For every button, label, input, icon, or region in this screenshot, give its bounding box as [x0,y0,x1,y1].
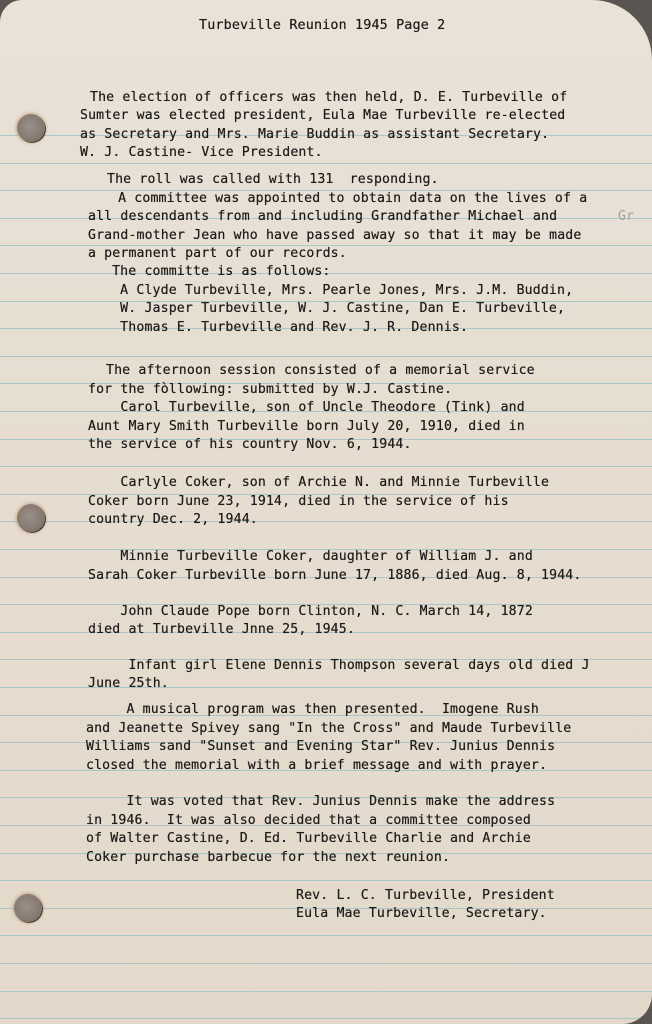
paragraph-roll-line-2: A committee was appointed to obtain data… [110,190,587,209]
punch-hole-bottom [14,894,42,922]
ruled-line [0,163,652,164]
punch-hole-middle [17,504,45,532]
paragraph-memorial-line-1: The afternoon session consisted of a mem… [106,362,535,381]
typed-document-page: Turbeville Reunion 1945 Page 2 The elect… [0,0,652,1024]
memorial-john-line-2: died at Turbeville Jnne 25, 1945. [88,621,355,640]
paragraph-roll-faint-text: Gr [618,208,634,227]
paragraph-election-line-2: Sumter was elected president, Eula Mae T… [80,107,565,126]
paragraph-roll-line-6: The committe is as follows: [104,263,331,282]
paragraph-election-line-1: The election of officers was then held, … [90,89,567,108]
ruled-line [0,963,652,964]
ruled-line [0,356,652,357]
memorial-carlyle-line-3: country Dec. 2, 1944. [88,511,258,530]
paragraph-voted-line-3: of Walter Castine, D. Ed. Turbeville Cha… [86,830,531,849]
paragraph-roll-line-5: a permanent part of our records. [88,245,347,264]
paragraph-musical-line-3: Williams sand "Sunset and Evening Star" … [86,738,555,757]
paragraph-election-line-4: W. J. Castine- Vice President. [80,144,323,163]
memorial-minnie-line-1: Minnie Turbeville Coker, daughter of Wil… [88,548,533,567]
paragraph-roll-line-3: all descendants from and including Grand… [88,208,557,227]
paragraph-voted-line-2: in 1946. It was also decided that a comm… [86,812,531,831]
paragraph-musical-line-2: and Jeanette Spivey sang "In the Cross" … [86,720,571,739]
memorial-john-line-1: John Claude Pope born Clinton, N. C. Mar… [88,603,533,622]
memorial-carlyle-line-1: Carlyle Coker, son of Archie N. and Minn… [88,474,549,493]
memorial-carol-line-2: Aunt Mary Smith Turbeville born July 20,… [88,418,525,437]
paragraph-election-line-3: as Secretary and Mrs. Marie Buddin as as… [80,126,549,145]
memorial-minnie-line-2: Sarah Coker Turbeville born June 17, 188… [88,567,581,586]
paragraph-roll-line-1: The roll was called with 131 responding. [107,171,439,190]
committee-members-line-3: Thomas E. Turbeville and Rev. J. R. Denn… [104,319,468,338]
committee-members-line-2: W. Jasper Turbeville, W. J. Castine, Dan… [104,300,565,319]
ruled-line [0,1018,652,1019]
ruled-line [0,466,652,467]
signature-president: Rev. L. C. Turbeville, President [296,887,555,906]
ruled-line [0,991,652,992]
paragraph-musical-line-1: A musical program was then presented. Im… [86,701,539,720]
memorial-carol-line-3: the service of his country Nov. 6, 1944. [88,436,412,455]
ruled-line [0,880,652,881]
paragraph-memorial-line-2: for the fòllowing: submitted by W.J. Cas… [88,381,452,400]
memorial-infant-line-1: Infant girl Elene Dennis Thompson severa… [88,657,590,676]
memorial-carlyle-line-2: Coker born June 23, 1914, died in the se… [88,493,509,512]
page-title: Turbeville Reunion 1945 Page 2 [199,17,445,36]
committee-members-line-1: A Clyde Turbeville, Mrs. Pearle Jones, M… [104,282,573,301]
punch-hole-top [17,114,45,142]
paragraph-voted-line-4: Coker purchase barbecue for the next reu… [86,849,450,868]
ruled-line [0,935,652,936]
memorial-carol-line-1: Carol Turbeville, son of Uncle Theodore … [88,399,525,418]
paragraph-voted-line-1: It was voted that Rev. Junius Dennis mak… [86,793,555,812]
memorial-infant-line-2: June 25th. [88,675,169,694]
signature-secretary: Eula Mae Turbeville, Secretary. [296,905,547,924]
paragraph-musical-line-4: closed the memorial with a brief message… [86,757,547,776]
paragraph-roll-line-4: Grand-mother Jean who have passed away s… [88,227,581,246]
